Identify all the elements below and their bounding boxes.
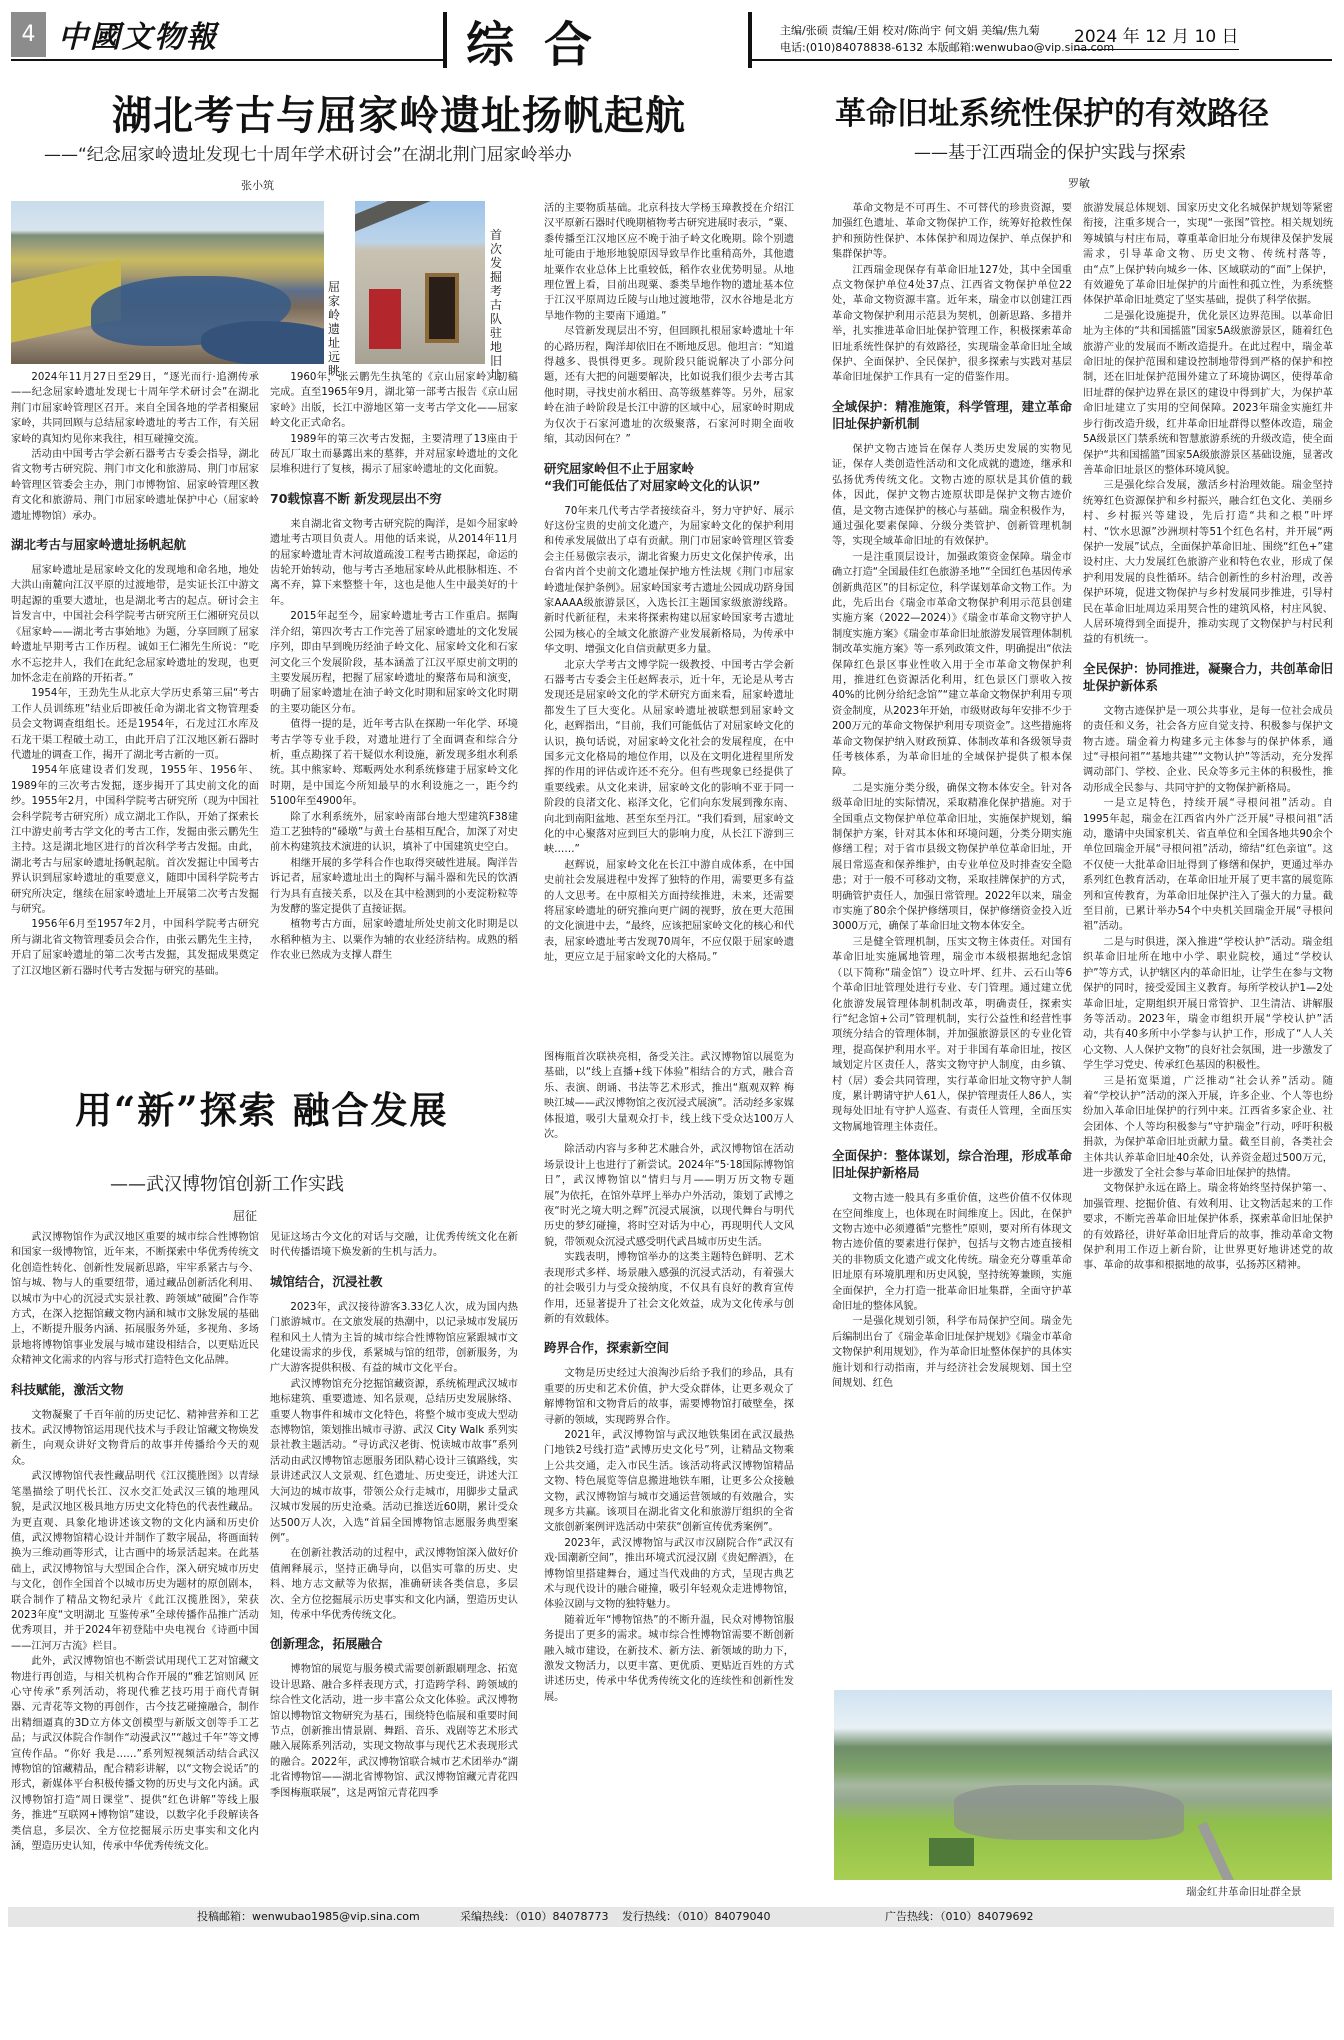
paragraph: 保护文物古迹旨在保存人类历史发展的实物见证，保存人类创造性活动和文化成就的遗迹，… bbox=[832, 442, 1072, 550]
article-column: 见证这场古今文化的对话与交融，让优秀传统文化在新时代传播语境下焕发新的生机与活力… bbox=[270, 1230, 518, 1898]
article-subtitle: ——基于江西瑞金的保护实践与探索 bbox=[914, 138, 1186, 163]
article-column: 旅游发展总体规划、国家历史文化名城保护规划等紧密衔接，注重多规合一，实现“一张图… bbox=[1083, 201, 1333, 1659]
paper-name-logo: 中國文物報 bbox=[58, 12, 218, 56]
submission-email: 投稿邮箱：wenwubao1985@vip.sina.com bbox=[197, 1907, 420, 1927]
paragraph: 二是强化设施提升，优化景区边界范围。以革命旧址为主体的“共和国摇篮”国家5A级旅… bbox=[1083, 309, 1333, 478]
issue-date: 2024 年 12 月 10 日 bbox=[1074, 22, 1239, 50]
section-heading: 城馆结合，沉浸社教 bbox=[270, 1273, 518, 1290]
distribution-hotline: 发行热线：（010）84079040 bbox=[622, 1907, 770, 1927]
aerial-photo-qujialing bbox=[11, 201, 324, 364]
paragraph: 文物是历史经过大浪淘沙后给予我们的珍品，具有重要的历史和艺术价值，护大受众群体，… bbox=[544, 1366, 794, 1428]
paragraph: 尽管新发现层出不穷，但回顾扎根屈家岭遗址十年的心路历程，陶洋却依旧在不断地反思。… bbox=[544, 324, 794, 447]
paragraph: 除了水利系统外，屈家岭南部台地大型建筑F38建造工艺独特的“磉墩”与黄土台基相互… bbox=[270, 810, 518, 856]
paragraph: 一是注重顶层设计，加强政策资金保障。瑞金市确立打造“全国最佳红色旅游圣地”“全国… bbox=[832, 550, 1072, 781]
paragraph: 2023年，武汉博物馆与武汉市汉剧院合作“武汉有戏·国潮新空间”，推出环境式沉浸… bbox=[544, 1536, 794, 1613]
paragraph: 文物凝聚了千百年前的历史记忆、精神营养和工艺技术。武汉博物馆运用现代技术与手段让… bbox=[11, 1408, 259, 1470]
paragraph: 1989年的第三次考古发掘，主要清理了13座由于砖瓦厂取土而暴露出来的墓葬，并对… bbox=[270, 432, 518, 478]
paragraph: 旅游发展总体规划、国家历史文化名城保护规划等紧密衔接，注重多规合一，实现“一张图… bbox=[1083, 201, 1333, 309]
credits-line-2: 电话:(010)84078838-6132 本版邮箱:wenwubao@vip.… bbox=[780, 39, 1114, 56]
credits-line-1: 主编/张硕 责编/王娟 校对/陈尚宇 何文娟 美编/焦九菊 bbox=[780, 22, 1114, 39]
paragraph: 博物馆的展览与服务模式需要创新跟刷理念、拓宽设计思路、融合多样表现方式，打造跨学… bbox=[270, 1662, 518, 1801]
paragraph: 70年来几代考古学者接续奋斗，努力守护好、展示好这份宝贵的史前文化遗产，为屈家岭… bbox=[544, 504, 794, 658]
paragraph: 在创新社教活动的过程中，武汉博物馆深入做好价值阐释展示，坚持正确导向，以倡实可靠… bbox=[270, 1546, 518, 1623]
paragraph: 江西瑞金现保存有革命旧址127处，其中全国重点文物保护单位4处37点、江西省文物… bbox=[832, 263, 1072, 386]
paragraph: 一是立足特色，持续开展“寻根问祖”活动。自1995年起，瑞金在江西省内外广泛开展… bbox=[1083, 796, 1333, 935]
ad-hotline: 广告热线：（010）84079692 bbox=[885, 1907, 1033, 1927]
masthead: 4 中國文物報 综合 主编/张硕 责编/王娟 校对/陈尚宇 何文娟 美编/焦九菊… bbox=[0, 0, 1344, 68]
article-author: 罗敏 bbox=[1068, 175, 1090, 191]
editor-credits: 主编/张硕 责编/王娟 校对/陈尚宇 何文娟 美编/焦九菊 电话:(010)84… bbox=[780, 22, 1114, 56]
article-column: 1960年，张云鹏先生执笔的《京山屈家岭》初稿完成。直至1965年9月，湖北第一… bbox=[270, 370, 518, 1038]
paragraph: 三是健全管理机制，压实文物主体责任。对国有革命旧址实施属地管理，瑞金市本级根据地… bbox=[832, 935, 1072, 1135]
paragraph: 除活动内容与多种艺术融合外，武汉博物馆在活动场景设计上也进行了新尝试。2024年… bbox=[544, 1142, 794, 1250]
article-subtitle: ——“纪念屈家岭遗址发现七十周年学术研讨会”在湖北荆门屈家岭举办 bbox=[44, 140, 572, 165]
paragraph: 2024年11月27日至29日，“逐光而行·追溯传承——纪念屈家岭遗址发现七十周… bbox=[11, 370, 259, 447]
masthead-rule bbox=[11, 59, 444, 61]
paragraph: 2023年，武汉接待游客3.33亿人次，成为国内热门旅游城市。在文旅发展的热潮中… bbox=[270, 1300, 518, 1377]
paragraph: 2015年起至今，屈家岭遗址考古工作重启。据陶洋介绍，第四次考古工作完善了屈家岭… bbox=[270, 609, 518, 717]
article-title: 革命旧址系统性保护的有效路径 bbox=[835, 88, 1269, 133]
masthead-rule bbox=[752, 59, 1332, 61]
paragraph: 1956年6月至1957年2月，中国科学院考古研究所与湖北省文物管理委员会合作，… bbox=[11, 917, 259, 979]
paragraph: 北京大学考古文博学院一级教授、中国考古学会新石器考古专委会主任赵辉表示，近十年，… bbox=[544, 658, 794, 858]
paragraph: 革命文物是不可再生、不可替代的珍贵资源，要加强红色遗址、革命文物保护工作，统筹好… bbox=[832, 201, 1072, 263]
paragraph: 值得一提的是，近年考古队在探勘一年化学、环境考古学等专业手段，对遗址进行了全面调… bbox=[270, 717, 518, 809]
paragraph: 武汉博物馆充分挖掘馆藏资源，系统梳理武汉城市地标建筑、重要遗迹、知名景观，总结历… bbox=[270, 1377, 518, 1546]
paragraph: 实践表明，博物馆举办的这类主题特色鲜明、艺术表现形式多样、场景融入感强的沉浸式活… bbox=[544, 1250, 794, 1327]
photo-team-residence bbox=[355, 201, 485, 364]
paragraph: 二是与时俱进，深入推进“学校认护”活动。瑞金组织革命旧址所在地中小学、职业院校，… bbox=[1083, 935, 1333, 1074]
article-column: 革命文物是不可再生、不可替代的珍贵资源，要加强红色遗址、革命文物保护工作，统筹好… bbox=[832, 201, 1072, 1659]
article-column: 活的主要物质基础。北京科技大学杨玉璋教授在介绍江汉平原新石器时代晚期植物考古研究… bbox=[544, 201, 794, 1038]
paragraph: 武汉博物馆代表性藏品明代《江汉揽胜图》以青绿笔墨描绘了明代长江、汉水交汇处武汉三… bbox=[11, 1469, 259, 1654]
section-heading: 跨界合作，探索新空间 bbox=[544, 1339, 794, 1356]
paragraph: 2021年，武汉博物馆与武汉地铁集团在武汉最热门地铁2号线打造“武博历史文化号”… bbox=[544, 1428, 794, 1536]
paragraph: 活动由中国考古学会新石器考古专委会指导，湖北省文物考古研究院、荆门市文化和旅游局… bbox=[11, 447, 259, 524]
section-title: 综合 bbox=[466, 6, 622, 75]
paragraph: 文物保护永远在路上。瑞金将始终坚持保护第一、加强管理、挖掘价值、有效利用、让文物… bbox=[1083, 1181, 1333, 1273]
photo-caption: 首次发掘考古队驻地旧址 bbox=[490, 228, 504, 382]
paragraph: 来自湖北省文物考古研究院的陶洋，是如今屈家岭遗址考古项目负责人。用他的话来说，从… bbox=[270, 517, 518, 609]
section-heading: 科技赋能，激活文物 bbox=[11, 1381, 259, 1398]
section-heading: 全面保护：整体谋划，综合治理，形成革命旧址保护新格局 bbox=[832, 1147, 1072, 1181]
section-heading: 研究屈家岭但不止于屈家岭“我们可能低估了对屈家岭文化的认识” bbox=[544, 460, 794, 494]
article-author: 屈征 bbox=[233, 1207, 257, 1224]
article-title: 用“新”探索 融合发展 bbox=[75, 1080, 448, 1134]
paragraph: 1954年底建设者们发现，1955年、1956年、1989年的三次考古发掘，逐步… bbox=[11, 763, 259, 917]
paragraph: 见证这场古今文化的对话与交融，让优秀传统文化在新时代传播语境下焕发新的生机与活力… bbox=[270, 1230, 518, 1261]
panorama-photo-ruijin-hongjing bbox=[834, 1690, 1332, 1880]
page-number: 4 bbox=[11, 12, 46, 57]
article-title: 湖北考古与屈家岭遗址扬帆起航 bbox=[112, 84, 686, 141]
section-heading: 创新理念，拓展融合 bbox=[270, 1635, 518, 1652]
paragraph: 赵辉说，屈家岭文化在长江中游自成体系，在中国史前社会发展进程中发挥了独特的作用，… bbox=[544, 858, 794, 966]
article-column: 图梅瓶首次联袂亮相，备受关注。武汉博物馆以展览为基础，以“线上直播+线下体验”相… bbox=[544, 1050, 794, 1898]
photo-caption: 瑞金红井革命旧址群全景 bbox=[1186, 1884, 1302, 1899]
paragraph: 随着近年“博物馆热”的不断升温，民众对博物馆服务提出了更多的需求。城市综合性博物… bbox=[544, 1613, 794, 1705]
paragraph: 活的主要物质基础。北京科技大学杨玉璋教授在介绍江汉平原新石器时代晚期植物考古研究… bbox=[544, 201, 794, 324]
photo-caption: 屈家岭遗址远眺 bbox=[328, 280, 342, 378]
paragraph: 相继开展的多学科合作也取得突破性进展。陶洋告诉记者，屈家岭遗址出土的陶杯与漏斗器… bbox=[270, 856, 518, 918]
article-column: 武汉博物馆作为武汉地区重要的城市综合性博物馆和国家一级博物馆，近年来，不断探索中… bbox=[11, 1230, 259, 1898]
paragraph: 1954年，王劲先生从北京大学历史系第三届“考古工作人员训练班”结业后即被任命为… bbox=[11, 686, 259, 763]
paragraph: 图梅瓶首次联袂亮相，备受关注。武汉博物馆以展览为基础，以“线上直播+线下体验”相… bbox=[544, 1050, 794, 1142]
section-heading: 全民保护：协同推进，凝聚合力，共创革命旧址保护新体系 bbox=[1083, 660, 1333, 694]
paragraph: 武汉博物馆作为武汉地区重要的城市综合性博物馆和国家一级博物馆，近年来，不断探索中… bbox=[11, 1230, 259, 1369]
editorial-hotline: 采编热线：（010）84078773 bbox=[460, 1907, 608, 1927]
article-subtitle: ——武汉博物馆创新工作实践 bbox=[110, 1170, 344, 1196]
paragraph: 一是强化规划引领，科学布局保护空间。瑞金先后编制出台了《瑞金革命旧址保护规划》《… bbox=[832, 1314, 1072, 1391]
article-column: 2024年11月27日至29日，“逐光而行·追溯传承——纪念屈家岭遗址发现七十周… bbox=[11, 370, 259, 1038]
masthead-divider bbox=[443, 12, 447, 68]
paragraph: 屈家岭遗址是屈家岭文化的发现地和命名地，地处大洪山南麓向江汉平原的过渡地带，是实… bbox=[11, 563, 259, 686]
section-heading: 全域保护：精准施策，科学管理，建立革命旧址保护新机制 bbox=[832, 398, 1072, 432]
footer-contact-bar: 投稿邮箱：wenwubao1985@vip.sina.com 采编热线：（010… bbox=[8, 1907, 1334, 1927]
paragraph: 1960年，张云鹏先生执笔的《京山屈家岭》初稿完成。直至1965年9月，湖北第一… bbox=[270, 370, 518, 432]
section-heading: 70载惊喜不断 新发现层出不穷 bbox=[270, 490, 518, 507]
paragraph: 三是强化综合发展，激活乡村治理效能。瑞金坚持统筹红色资源保护和乡村振兴，融合红色… bbox=[1083, 478, 1333, 647]
article-author: 张小筑 bbox=[241, 177, 274, 193]
paragraph: 植物考古方面，屈家岭遗址所处史前文化时期是以水稻种植为主、以粟作为辅的农业经济结… bbox=[270, 917, 518, 963]
section-heading: 湖北考古与屈家岭遗址扬帆起航 bbox=[11, 536, 259, 553]
paragraph: 二是实施分类分级，确保文物本体安全。针对各级革命旧址的实际情况，采取精准化保护措… bbox=[832, 781, 1072, 935]
paragraph: 文物古迹保护是一项公共事业，是每一位社会成员的责任和义务，社会各方应自觉支持、积… bbox=[1083, 704, 1333, 796]
paragraph: 此外，武汉博物馆也不断尝试用现代工艺对馆藏文物进行再创造，与相关机构合作开展的“… bbox=[11, 1654, 259, 1854]
paragraph: 文物古迹一般具有多重价值，这些价值不仅体现在空间维度上，也体现在时间维度上。因此… bbox=[832, 1191, 1072, 1314]
paragraph: 三是拓宽渠道，广泛推动“社会认养”活动。随着“学校认护”活动的深入开展，许多企业… bbox=[1083, 1074, 1333, 1182]
